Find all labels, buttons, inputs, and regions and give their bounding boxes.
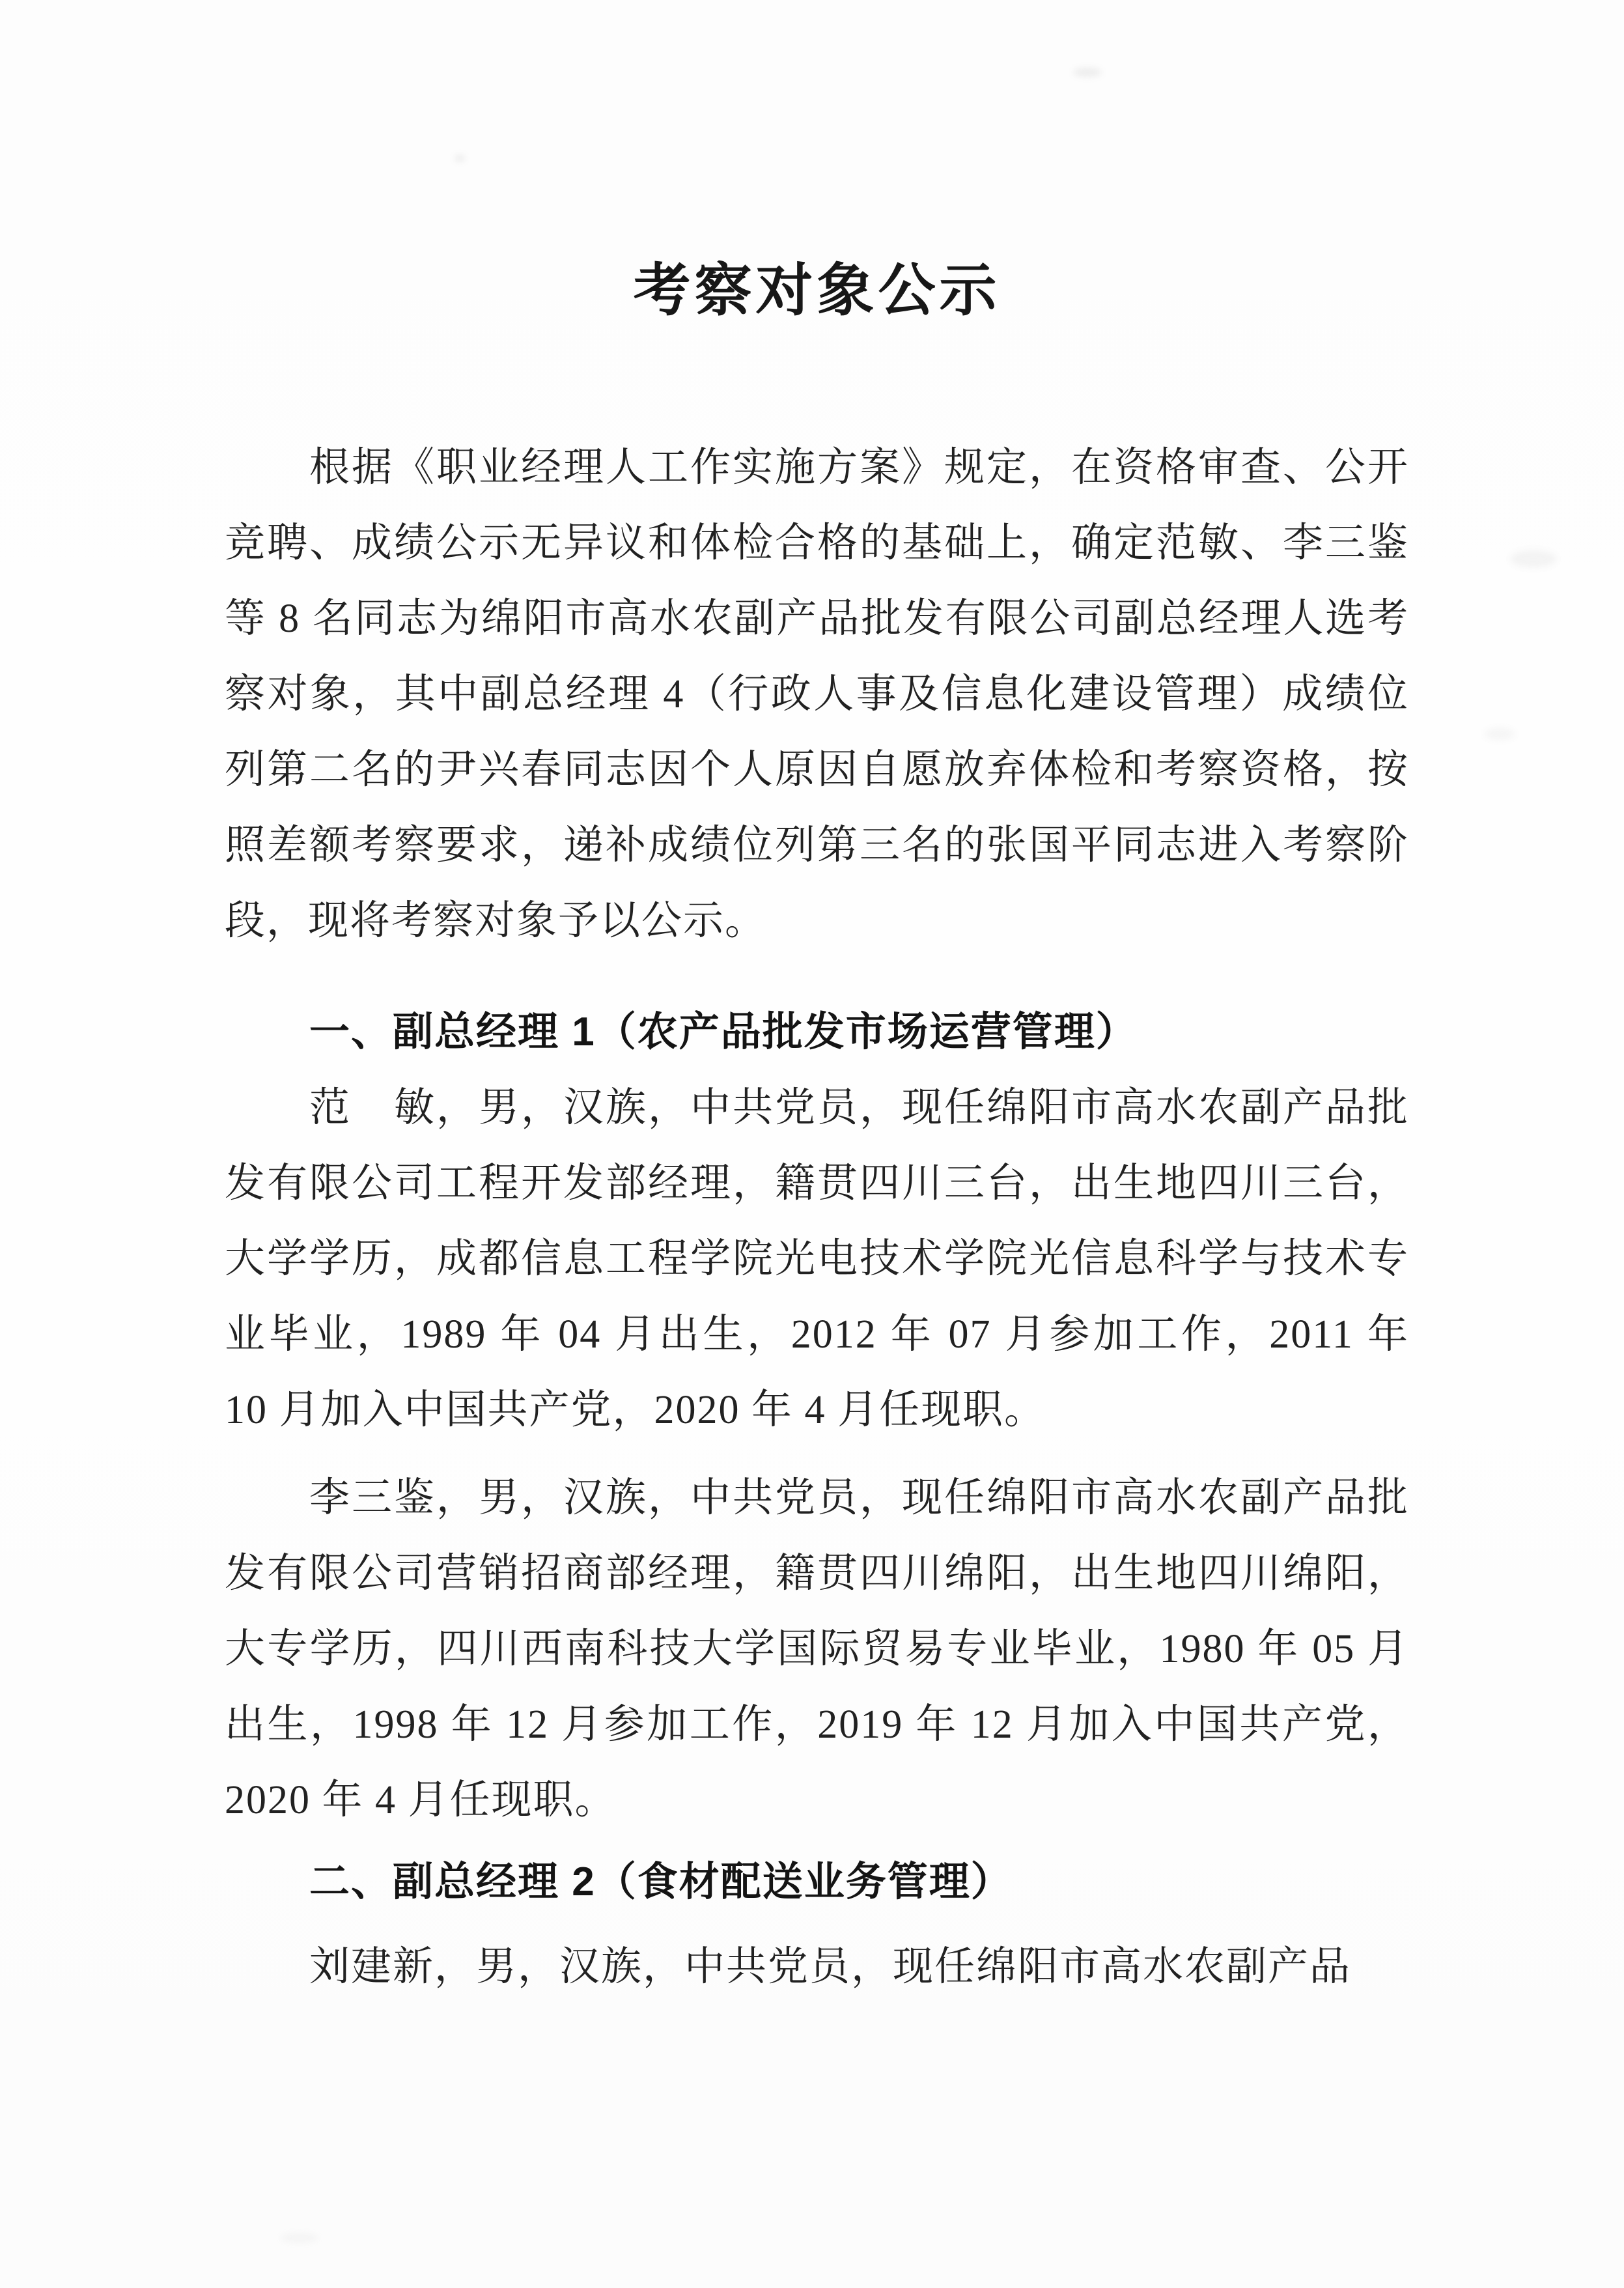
section-2-heading: 二、副总经理 2（食材配送业务管理） [225,1844,1409,1920]
intro-paragraph: 根据《职业经理人工作实施方案》规定，在资格审查、公开竞聘、成绩公示无异议和体检合… [225,430,1409,959]
scanned-document-page: 考察对象公示 根据《职业经理人工作实施方案》规定，在资格审查、公开竞聘、成绩公示… [0,0,1624,2288]
document-body: 考察对象公示 根据《职业经理人工作实施方案》规定，在资格审查、公开竞聘、成绩公示… [225,0,1409,2005]
document-title: 考察对象公示 [225,259,1409,324]
candidate-li-sanjian-bio: 李三鉴，男，汉族，中共党员，现任绵阳市高水农副产品批发有限公司营销招商部经理，籍… [225,1460,1409,1838]
candidate-fan-min-bio: 范 敏，男，汉族，中共党员，现任绵阳市高水农副产品批发有限公司工程开发部经理，籍… [225,1070,1409,1448]
scan-smudge [1485,728,1515,740]
candidate-liu-jianxin-bio: 刘建新，男，汉族，中共党员，现任绵阳市高水农副产品 [225,1929,1409,2005]
scan-smudge [280,2233,319,2243]
scan-smudge [1511,550,1556,567]
section-1-heading: 一、副总经理 1（农产品批发市场运营管理） [225,995,1409,1070]
